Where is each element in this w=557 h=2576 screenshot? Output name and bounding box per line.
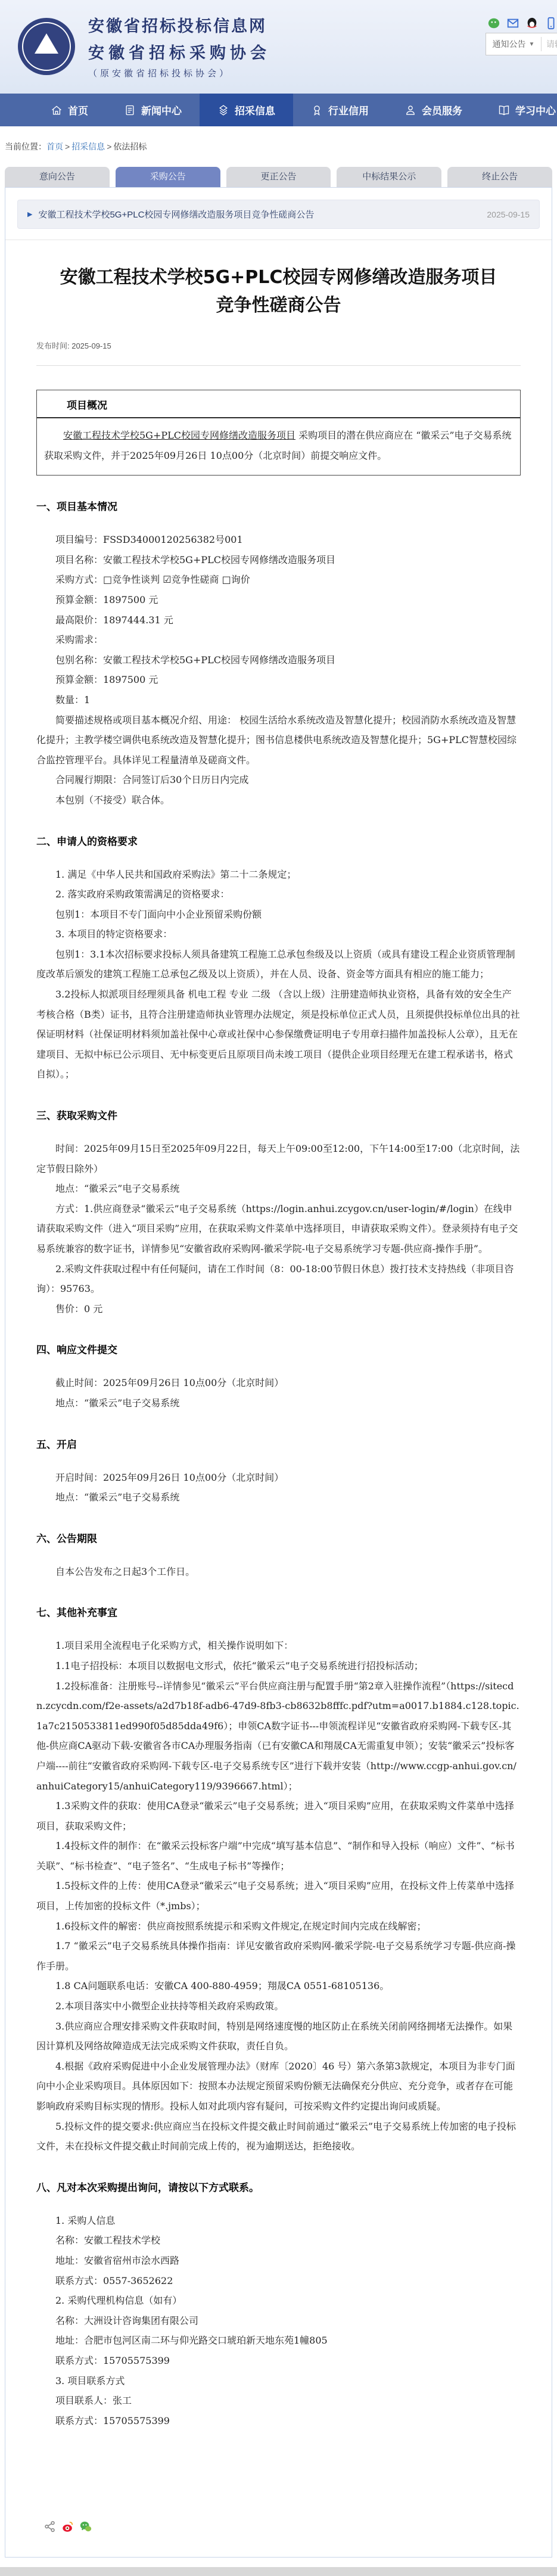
- chevron-down-icon: ▼: [529, 41, 535, 48]
- search-category-select[interactable]: 通知公告 ▼: [486, 33, 541, 55]
- section-paragraph: 自本公告发布之日起3个工作日。: [36, 1562, 521, 1582]
- wechat-icon[interactable]: [487, 17, 500, 30]
- section-heading: 一、项目基本情况: [36, 498, 521, 513]
- section-paragraph: 采购需求：: [36, 630, 521, 650]
- search-input[interactable]: [542, 33, 557, 55]
- breadcrumb-separator: >: [65, 142, 70, 151]
- project-name-link[interactable]: 安徽工程技术学校5G+PLC校园专网修缮改造服务项目: [63, 430, 295, 441]
- section-paragraph: 最高限价：1897444.31 元: [36, 610, 521, 630]
- article-sections: 一、项目基本情况项目编号：FSSD34000120256382号001项目名称：…: [36, 498, 521, 2431]
- project-overview-box: 项目概况 安徽工程技术学校5G+PLC校园专网修缮改造服务项目 采购项目的潜在供…: [36, 390, 521, 476]
- section-paragraph: 采购方式：□竞争性谈判 ☑竞争性磋商 □询价: [36, 570, 521, 590]
- article-title: 安徽工程技术学校5G+PLC校园专网修缮改造服务项目竞争性磋商公告: [53, 264, 504, 319]
- section-heading: 六、公告期限: [36, 1530, 521, 1545]
- breadcrumb-current: 依法招标: [113, 142, 147, 151]
- section-paragraph: 1.8 CA问题联系电话：安徽CA 400-880-4959；翔晟CA 0551…: [36, 1976, 521, 1996]
- section-paragraph: 1. 满足《中华人民共和国政府采购法》第二十二条规定；: [36, 865, 521, 885]
- site-title-line3: （原安徽省招标投标协会）: [88, 67, 270, 79]
- section-paragraph: 地点：“徽采云”电子交易系统: [36, 1487, 521, 1508]
- nav-item-label: 行业信用: [328, 102, 369, 117]
- overview-body: 安徽工程技术学校5G+PLC校园专网修缮改造服务项目 采购项目的潜在供应商应在 …: [37, 418, 520, 475]
- search-category-label: 通知公告: [493, 38, 526, 50]
- section-heading: 七、其他补充事宜: [36, 1604, 521, 1619]
- section-paragraph: 项目名称：安徽工程技术学校5G+PLC校园专网修缮改造服务项目: [36, 550, 521, 570]
- breadcrumb-label: 当前位置：: [5, 142, 46, 151]
- section-paragraph: 简要描述规格或项目基本概况介绍、用途： 校园生活给水系统改造及智慧化提升；校园消…: [36, 710, 521, 770]
- bid-icon: [217, 104, 229, 116]
- page: { "theme": { "nav-bg": "#4b68a7", "nav-a…: [0, 0, 557, 2576]
- section-paragraph: 1.项目采用全流程电子化采购方式，相关操作说明如下：: [36, 1636, 521, 1656]
- section-heading: 三、获取采购文件: [36, 1107, 521, 1122]
- mobile-icon[interactable]: [544, 17, 557, 30]
- member-icon: [404, 104, 416, 116]
- publish-time: 发布时间: 2025-09-15: [36, 340, 521, 351]
- section-paragraph: 2. 采购代理机构信息（如有）: [36, 2291, 521, 2311]
- topbar-icons: [487, 17, 557, 30]
- section-paragraph: 1.1电子招投标：本项目以数据电文形式，依托“徽采云”电子交易系统进行招投标活动…: [36, 1656, 521, 1676]
- header-search: 通知公告 ▼: [486, 33, 557, 55]
- logo-emblem-icon: [18, 18, 75, 75]
- nav-item-label: 会员服务: [422, 102, 462, 117]
- section-paragraph: 名称：大洲设计咨询集团有限公司: [36, 2311, 521, 2331]
- section-paragraph: 联系方式：0557-3652622: [36, 2271, 521, 2291]
- breadcrumb-link-home[interactable]: 首页: [46, 142, 63, 151]
- section-paragraph: 地址：合肥市包河区南二环与仰光路交口琥珀新天地东苑1幢805: [36, 2330, 521, 2351]
- section-paragraph: 地点：“徽采云”电子交易系统: [36, 1393, 521, 1413]
- breadcrumb-link-zhaocai[interactable]: 招采信息: [71, 142, 105, 151]
- main-nav: 首页新闻中心招采信息行业信用会员服务学习中心: [0, 94, 557, 126]
- section-paragraph: 1.5投标文件的上传：使用CA登录“徽采云”电子交易系统；进入“项目采购”应用，…: [36, 1876, 521, 1916]
- wechat-share-icon[interactable]: [79, 2520, 92, 2533]
- section-heading: 二、申请人的资格要求: [36, 833, 521, 848]
- nav-item-label: 学习中心: [515, 102, 556, 117]
- site-title-line2: 安徽省招标采购协会: [88, 40, 270, 63]
- site-title-line1: 安徽省招标投标信息网: [88, 13, 270, 36]
- mail-icon[interactable]: [506, 17, 519, 30]
- section-paragraph: 截止时间：2025年09月26日 10点00分（北京时间）: [36, 1373, 521, 1393]
- breadcrumb-separator: >: [107, 142, 111, 151]
- tab-采购公告[interactable]: 采购公告: [116, 167, 220, 187]
- overview-heading: 项目概况: [37, 390, 520, 418]
- section-paragraph: 4.根据《政府采购促进中小企业发展管理办法》（财库〔2020〕46 号）第六条第…: [36, 2056, 521, 2117]
- section-paragraph: 联系方式：15705575399: [36, 2411, 521, 2431]
- section-paragraph: 1.7 “徽采云”电子交易系统具体操作指南：详见安徽省政府采购网-徽采学院-电子…: [36, 1936, 521, 1976]
- divider: [36, 365, 521, 366]
- home-icon: [51, 104, 63, 116]
- section-paragraph: 时间：2025年09月15日至2025年09月22日，每天上午09:00至12:…: [36, 1139, 521, 1179]
- section-paragraph: 包别名称：安徽工程技术学校5G+PLC校园专网修缮改造服务项目: [36, 650, 521, 670]
- credit-icon: [311, 104, 323, 116]
- share-row: [43, 2520, 521, 2533]
- section-paragraph: 开启时间：2025年09月26日 10点00分（北京时间）: [36, 1468, 521, 1488]
- study-icon: [498, 104, 510, 116]
- section-paragraph: 3.供应商应合理安排采购文件获取时间，特别是网络速度慢的地区防止在系统关闭前网络…: [36, 2016, 521, 2056]
- section-paragraph: 方式：1.供应商登录“徽采云”电子交易系统（https://login.anhu…: [36, 1199, 521, 1259]
- section-paragraph: 2.本项目落实中小微型企业扶持等相关政府采购政策。: [36, 1996, 521, 2016]
- section-paragraph: 售价：0 元: [36, 1299, 521, 1319]
- section-paragraph: 2. 落实政府采购政策需满足的资格要求：: [36, 884, 521, 905]
- section-paragraph: 名称：安徽工程技术学校: [36, 2230, 521, 2251]
- nav-item-会员服务[interactable]: 会员服务: [387, 94, 480, 126]
- announcement-title: 安徽工程技术学校5G+PLC校园专网修缮改造服务项目竞争性磋商公告: [38, 208, 481, 220]
- section-paragraph: 2.采购文件获取过程中有任何疑问，请在工作时间（8：00-18:00节假日休息）…: [36, 1259, 521, 1299]
- section-paragraph: 3.2投标人拟派项目经理须具备 机电工程 专业 二级 （含以上级）注册建造师执业…: [36, 984, 521, 1085]
- nav-item-学习中心[interactable]: 学习中心: [480, 94, 557, 126]
- section-paragraph: 预算金额：1897500 元: [36, 670, 521, 690]
- section-heading: 四、响应文件提交: [36, 1341, 521, 1356]
- nav-item-label: 招采信息: [235, 102, 275, 117]
- tab-中标结果公示[interactable]: 中标结果公示: [337, 167, 441, 187]
- section-heading: 五、开启: [36, 1436, 521, 1451]
- section-paragraph: 合同履行期限：合同签订后30个日历日内完成: [36, 770, 521, 790]
- section-paragraph: 数量：1: [36, 690, 521, 710]
- nav-item-新闻中心[interactable]: 新闻中心: [106, 94, 200, 126]
- tab-终止公告[interactable]: 终止公告: [447, 167, 552, 187]
- nav-item-首页[interactable]: 首页: [33, 94, 106, 126]
- announcement-date: 2025-09-15: [487, 210, 530, 219]
- section-paragraph: 1.3采购文件的获取：使用CA登录“徽采云”电子交易系统；进入“项目采购”应用，…: [36, 1796, 521, 1836]
- section-heading: 八、凡对本次采购提出询问，请按以下方式联系。: [36, 2179, 521, 2194]
- news-icon: [124, 104, 136, 116]
- qq-icon[interactable]: [525, 17, 539, 30]
- category-tabs: 意向公告采购公告更正公告中标结果公示终止公告: [5, 167, 552, 187]
- section-paragraph: 地址：安徽省宿州市浍水西路: [36, 2251, 521, 2271]
- content-panel: ▶ 安徽工程技术学校5G+PLC校园专网修缮改造服务项目竞争性磋商公告 2025…: [5, 187, 552, 2558]
- section-paragraph: 1.6投标文件的解密：供应商按照系统提示和采购文件规定,在规定时间内完成在线解密…: [36, 1916, 521, 1937]
- section-paragraph: 项目联系人：张工: [36, 2391, 521, 2411]
- section-paragraph: 1.4投标文件的制作：在“徽采云投标客户端”中完成“填写基本信息”、“制作和导入…: [36, 1836, 521, 1876]
- site-header: 安徽省招标投标信息网 安徽省招标采购协会 （原安徽省招标投标协会） 通知公告 ▼: [0, 0, 557, 94]
- tab-意向公告[interactable]: 意向公告: [5, 167, 110, 187]
- section-paragraph: 预算金额：1897500 元: [36, 590, 521, 610]
- section-paragraph: 3. 项目联系方式: [36, 2371, 521, 2391]
- tab-更正公告[interactable]: 更正公告: [226, 167, 331, 187]
- section-paragraph: 地点：“徽采云”电子交易系统: [36, 1179, 521, 1199]
- site-logo: 安徽省招标投标信息网 安徽省招标采购协会 （原安徽省招标投标协会）: [18, 13, 270, 79]
- section-paragraph: 项目编号：FSSD34000120256382号001: [36, 530, 521, 550]
- site-title: 安徽省招标投标信息网 安徽省招标采购协会 （原安徽省招标投标协会）: [88, 13, 270, 79]
- share-icon[interactable]: [43, 2520, 57, 2533]
- section-paragraph: 1.2投标准备：注册账号--详情参见“徽采云”平台供应商注册与配置手册“第2章入…: [36, 1676, 521, 1797]
- breadcrumb: 当前位置：首页>招采信息>依法招标: [0, 126, 557, 163]
- announcement-article: 安徽工程技术学校5G+PLC校园专网修缮改造服务项目竞争性磋商公告 发布时间: …: [5, 240, 552, 2557]
- nav-item-label: 新闻中心: [141, 102, 182, 117]
- nav-item-行业信用[interactable]: 行业信用: [293, 94, 387, 126]
- section-paragraph: 包别1：3.1本次招标要求投标人须具备建筑工程施工总承包叁级及以上资质（或具有建…: [36, 944, 521, 984]
- section-paragraph: 3. 本项目的特定资格要求：: [36, 924, 521, 944]
- nav-item-招采信息[interactable]: 招采信息: [200, 94, 293, 126]
- section-paragraph: 包别1：本项目不专门面向中小企业预留采购份额: [36, 905, 521, 925]
- arrow-right-icon: ▶: [27, 210, 32, 218]
- section-paragraph: 联系方式：15705575399: [36, 2351, 521, 2371]
- announcement-list-item[interactable]: ▶ 安徽工程技术学校5G+PLC校园专网修缮改造服务项目竞争性磋商公告 2025…: [17, 200, 540, 229]
- nav-item-label: 首页: [68, 102, 88, 117]
- section-paragraph: 本包别（不接受）联合体。: [36, 790, 521, 810]
- section-paragraph: 1. 采购人信息: [36, 2211, 521, 2231]
- section-paragraph: 5.投标文件的提交要求:供应商应当在投标文件提交截止时间前通过“徽采云”电子交易…: [36, 2117, 521, 2156]
- site-footer: [0, 2567, 557, 2576]
- weibo-icon[interactable]: [61, 2520, 74, 2533]
